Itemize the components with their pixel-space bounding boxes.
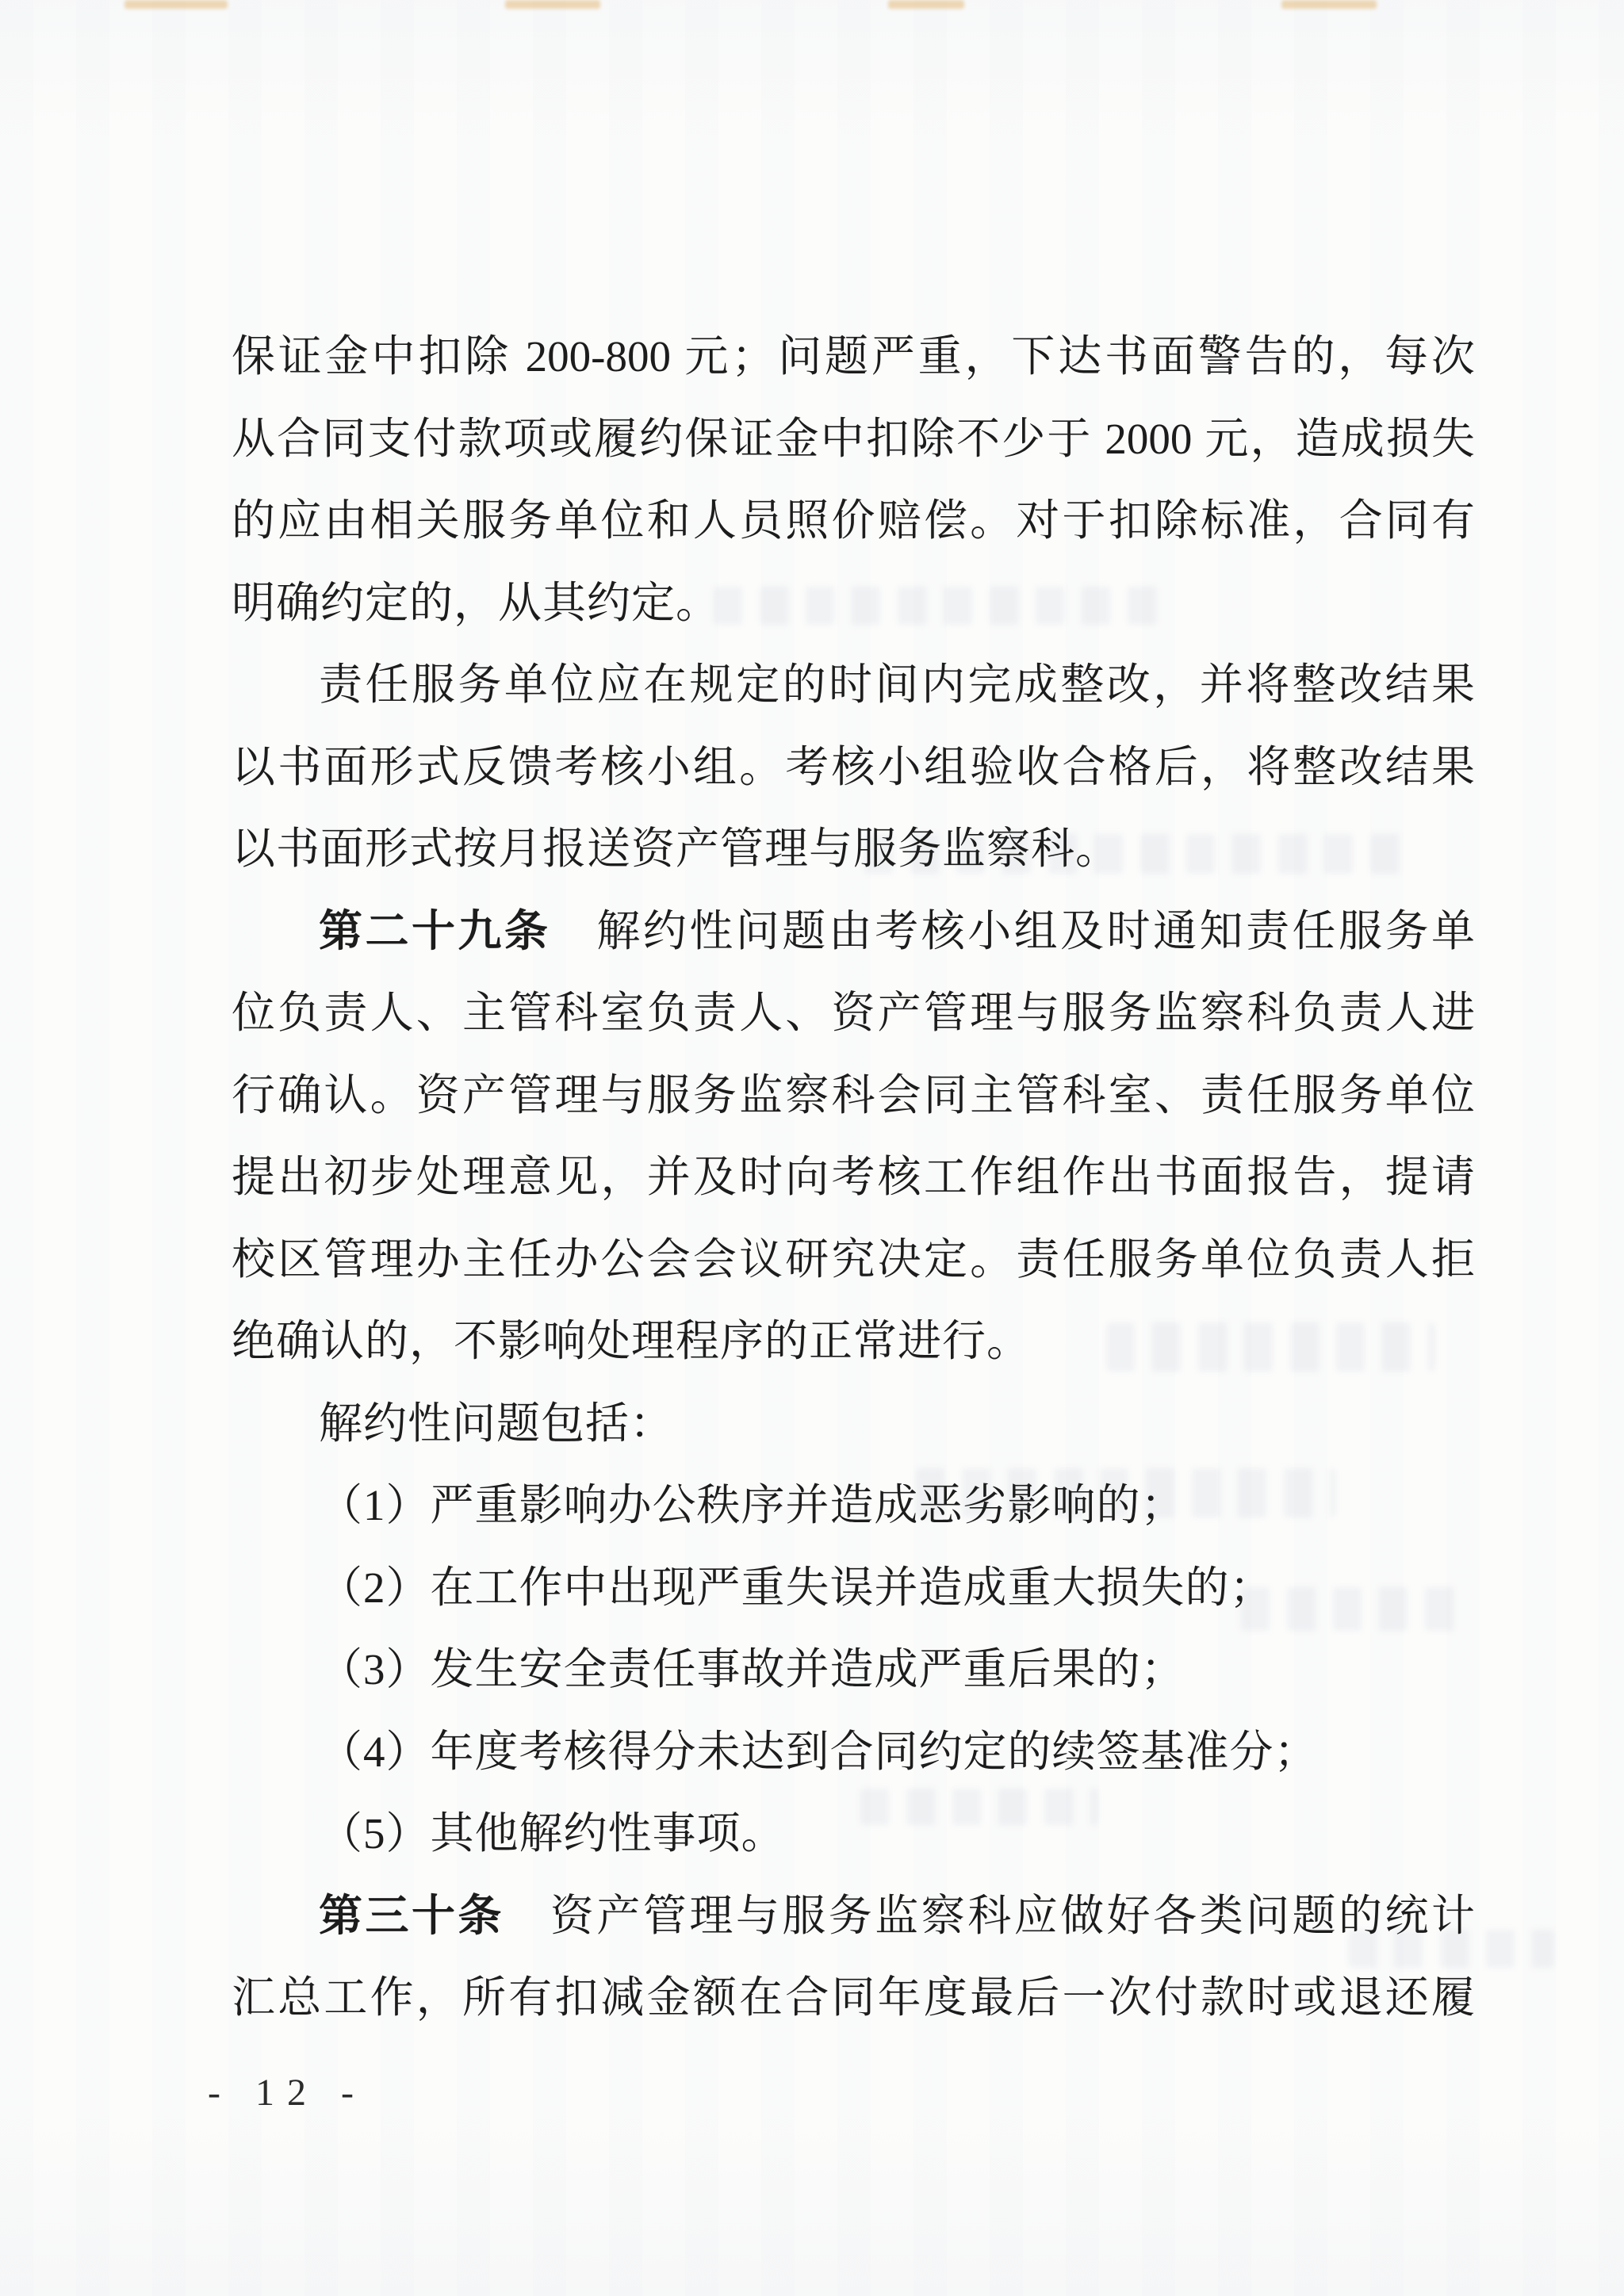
article-text: 解约性问题由考核小组及时通知责任服务单 <box>596 907 1475 955</box>
text-line: 汇总工作，所有扣减金额在合同年度最后一次付款时或退还履 <box>232 1957 1475 2039</box>
text-line list-item-2: （2）在工作中出现严重失误并造成重大损失的； <box>232 1547 1475 1629</box>
text-line paragraph-start: 解约性问题包括： <box>232 1383 1475 1465</box>
text-line article-30-heading-line: 第三十条资产管理与服务监察科应做好各类问题的统计 <box>232 1875 1475 1957</box>
article-number-label: 第三十条 <box>319 1892 504 1940</box>
text-line list-item-3: （3）发生安全责任事故并造成严重后果的； <box>232 1628 1475 1711</box>
scan-artifact-top-mark <box>124 0 228 9</box>
scan-artifact-top-mark <box>888 0 964 9</box>
text-line: 保证金中扣除 200-800 元；问题严重，下达书面警告的，每次 <box>232 316 1475 398</box>
text-line article-29-heading-line: 第二十九条解约性问题由考核小组及时通知责任服务单 <box>232 890 1475 973</box>
document-page: 保证金中扣除 200-800 元；问题严重，下达书面警告的，每次 从合同支付款项… <box>0 0 1624 2296</box>
text-line: 提出初步处理意见，并及时向考核工作组作出书面报告，提请 <box>232 1136 1475 1219</box>
text-line: 明确约定的，从其约定。 <box>232 562 1475 645</box>
text-line: 位负责人、主管科室负责人、资产管理与服务监察科负责人进 <box>232 972 1475 1054</box>
text-line list-item-1: （1）严重影响办公秩序并造成恶劣影响的； <box>232 1464 1475 1547</box>
article-number-label: 第二十九条 <box>319 907 550 955</box>
document-body: 保证金中扣除 200-800 元；问题严重，下达书面警告的，每次 从合同支付款项… <box>232 316 1475 2039</box>
text-line: 校区管理办主任办公会会议研究决定。责任服务单位负责人拒 <box>232 1219 1475 1301</box>
text-line list-item-5: （5）其他解约性事项。 <box>232 1793 1475 1875</box>
scan-artifact-top-mark <box>1281 0 1377 9</box>
text-line: 绝确认的，不影响处理程序的正常进行。 <box>232 1300 1475 1383</box>
text-line: 行确认。资产管理与服务监察科会同主管科室、责任服务单位 <box>232 1054 1475 1137</box>
text-line list-item-4: （4）年度考核得分未达到合同约定的续签基准分； <box>232 1711 1475 1793</box>
text-line: 以书面形式按月报送资产管理与服务监察科。 <box>232 808 1475 890</box>
text-line: 从合同支付款项或履约保证金中扣除不少于 2000 元，造成损失 <box>232 398 1475 480</box>
article-text: 资产管理与服务监察科应做好各类问题的统计 <box>550 1892 1475 1940</box>
text-line: 以书面形式反馈考核小组。考核小组验收合格后，将整改结果 <box>232 726 1475 809</box>
text-line paragraph-start: 责任服务单位应在规定的时间内完成整改，并将整改结果 <box>232 644 1475 726</box>
page-number: - 12 - <box>208 2071 366 2114</box>
text-line: 的应由相关服务单位和人员照价赔偿。对于扣除标准，合同有 <box>232 480 1475 562</box>
scan-artifact-top-mark <box>505 0 600 9</box>
